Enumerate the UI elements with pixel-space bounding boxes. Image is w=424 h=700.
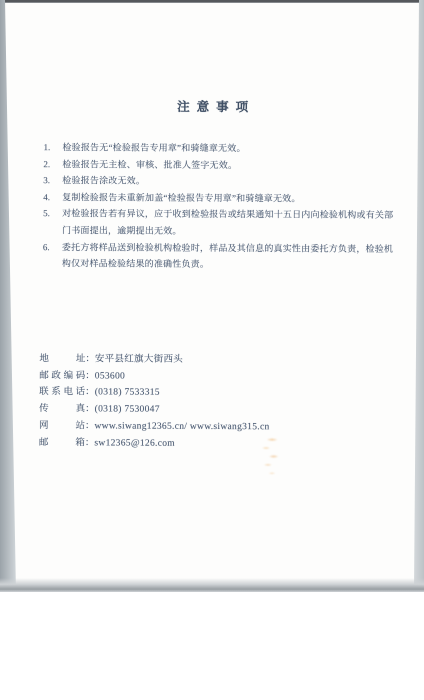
note-number: 4. [43, 189, 62, 206]
note-item: 6. 委托方将样品送到检验机构检验时，样品及其信息的真实性由委托方负责，检验机构… [43, 239, 395, 274]
contact-value: (0318) 7533315 [95, 388, 160, 398]
note-text: 复制检验报告未重新加盖“检验报告专用章”和骑缝章无效。 [62, 189, 395, 207]
note-number: 2. [43, 156, 62, 173]
contact-label: 网站 [39, 418, 85, 435]
note-number: 6. [43, 239, 62, 272]
contact-value: sw12365@126.com [94, 438, 175, 448]
contact-label: 邮政编码 [39, 368, 85, 385]
note-text: 委托方将样品送到检验机构检验时，样品及其信息的真实性由委托方负责，检验机构仅对样… [62, 239, 395, 274]
contact-colon: ： [85, 351, 95, 368]
contact-colon: ： [85, 401, 95, 418]
contact-colon: ： [85, 418, 95, 435]
page-title: 注意事项 [1, 96, 424, 116]
notes-list: 1. 检验报告无“检验报告专用章”和骑缝章无效。 2. 检验报告无主检、审核、批… [43, 139, 396, 274]
contact-block: 地址：安平县红旗大街西头 邮政编码：053600 联系电话：(0318) 753… [39, 351, 270, 452]
contact-label: 地址 [39, 351, 85, 368]
contact-row-address: 地址：安平县红旗大街西头 [39, 351, 270, 369]
contact-value: www.siwang12365.cn/ www.siwang315.cn [94, 421, 269, 432]
note-item: 2. 检验报告无主检、审核、批准人签字无效。 [43, 156, 395, 174]
note-text: 检验报告涂改无效。 [62, 172, 395, 190]
contact-colon: ： [85, 368, 95, 385]
contact-colon: ： [85, 435, 95, 452]
contact-value: 安平县红旗大街西头 [95, 354, 183, 364]
contact-row-website: 网站：www.siwang12365.cn/ www.siwang315.cn [39, 418, 270, 436]
note-text: 检验报告无主检、审核、批准人签字无效。 [62, 156, 395, 174]
note-item: 4. 复制检验报告未重新加盖“检验报告专用章”和骑缝章无效。 [43, 189, 395, 207]
scan-edge-top [0, 0, 424, 3]
contact-label: 传真 [39, 401, 85, 418]
note-item: 3. 检验报告涂改无效。 [43, 172, 395, 190]
contact-value: (0318) 7530047 [95, 404, 160, 414]
contact-row-postcode: 邮政编码：053600 [39, 368, 270, 386]
contact-row-phone: 联系电话：(0318) 7533315 [39, 385, 270, 403]
contact-value: 053600 [95, 371, 125, 381]
contact-row-fax: 传真：(0318) 7530047 [39, 401, 270, 419]
note-text: 检验报告无“检验报告专用章”和骑缝章无效。 [62, 139, 395, 157]
contact-label: 邮箱 [39, 435, 85, 452]
scan-edge-bottom [0, 578, 424, 592]
contact-row-email: 邮箱：sw12365@126.com [39, 435, 270, 453]
scan-stain-mark [259, 436, 283, 478]
screenshot-root: 注意事项 1. 检验报告无“检验报告专用章”和骑缝章无效。 2. 检验报告无主检… [0, 0, 424, 700]
contact-label: 联系电话 [39, 385, 85, 402]
note-number: 3. [43, 172, 62, 189]
note-item: 1. 检验报告无“检验报告专用章”和骑缝章无效。 [43, 139, 395, 157]
contact-colon: ： [85, 385, 95, 402]
note-number: 1. [43, 139, 62, 156]
note-number: 5. [43, 205, 62, 238]
note-item: 5. 对检验报告若有异议，应于收到检验报告或结果通知十五日内向检验机构或有关部门… [43, 205, 395, 240]
scanned-page: 注意事项 1. 检验报告无“检验报告专用章”和骑缝章无效。 2. 检验报告无主检… [0, 0, 424, 592]
page-content: 注意事项 1. 检验报告无“检验报告专用章”和骑缝章无效。 2. 检验报告无主检… [0, 0, 424, 593]
note-text: 对检验报告若有异议，应于收到检验报告或结果通知十五日内向检验机构或有关部门书面提… [62, 206, 395, 241]
